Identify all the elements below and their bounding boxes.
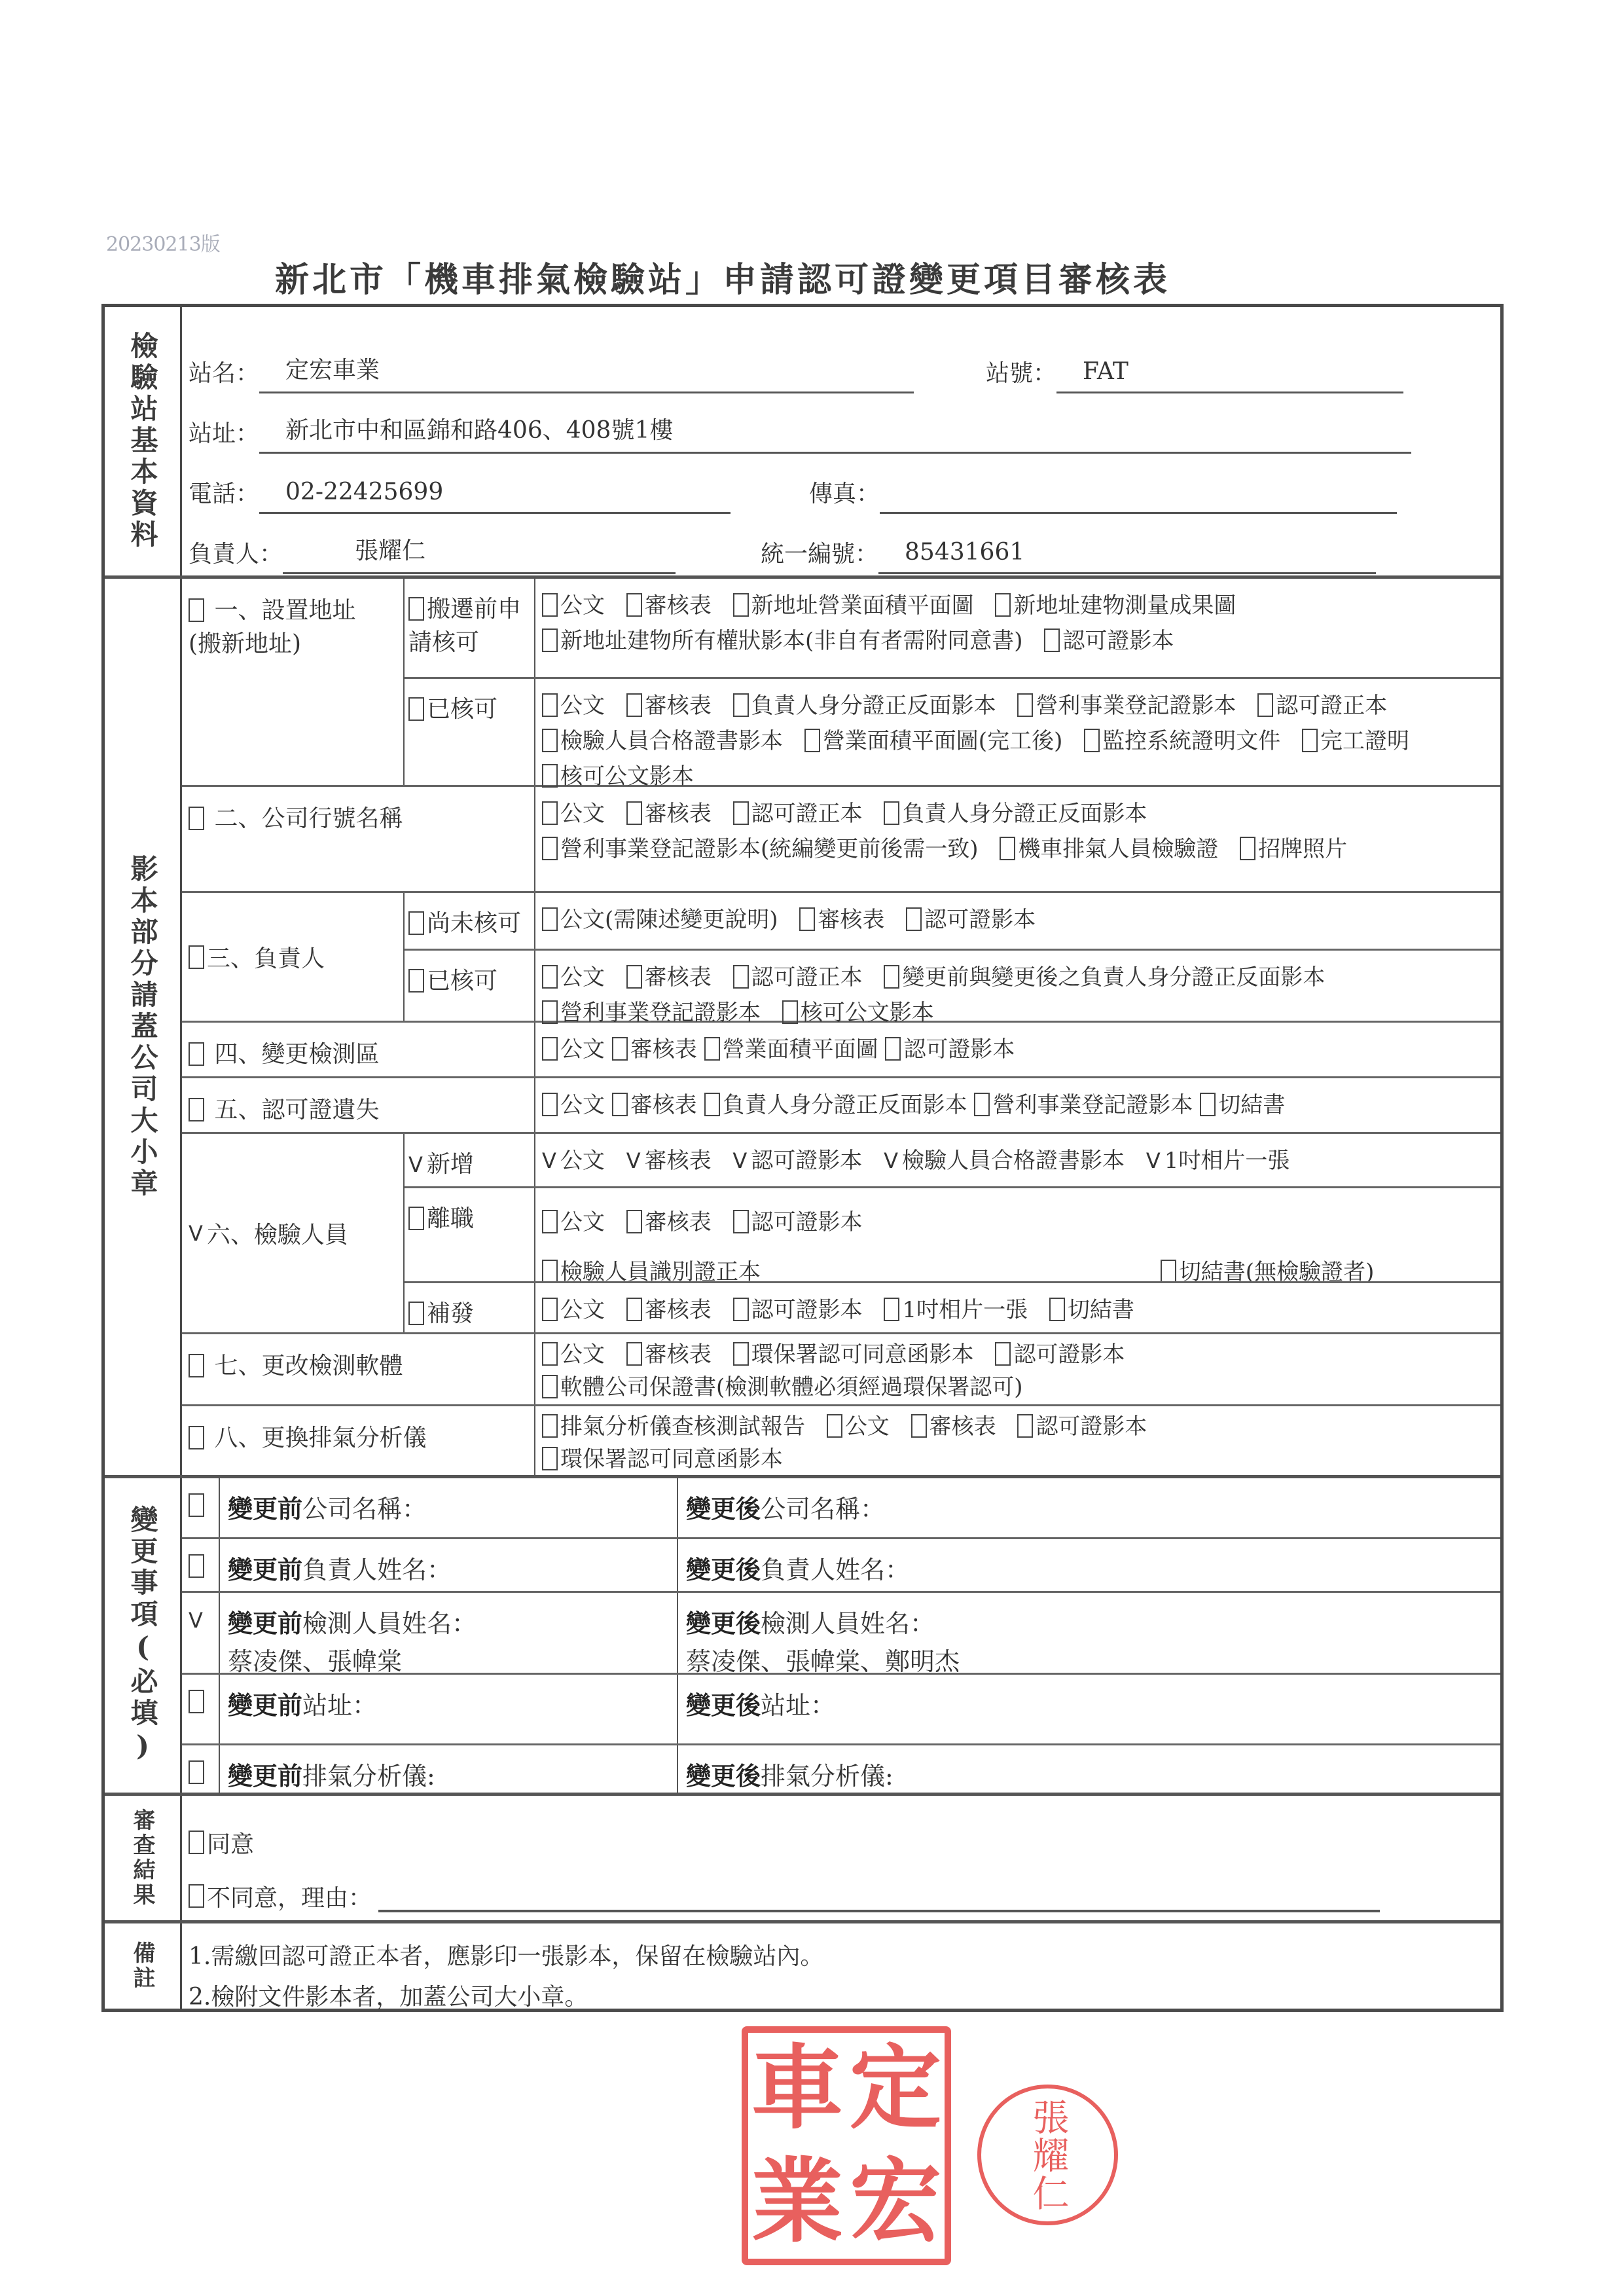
item-label: 七、更改檢測軟體 <box>214 1353 403 1379</box>
item-address-checkbox[interactable] <box>189 598 204 622</box>
doc-label: 認可證影本 <box>751 1148 862 1174</box>
doc-checkbox[interactable] <box>542 693 558 717</box>
doc-label: 環保署認可同意函影本 <box>560 1446 783 1472</box>
after-label: 公司名稱： <box>761 1495 885 1523</box>
doc-checkbox[interactable] <box>1257 693 1273 717</box>
doc-label: 營利事業登記證影本 <box>992 1092 1193 1118</box>
doc-label: 切結書 <box>1068 1297 1134 1323</box>
doc-label: 審核表 <box>645 964 712 991</box>
doc-list: 公文 審核表 營業面積平面圖 認可證影本 <box>535 1023 1500 1076</box>
seal-char: 定 <box>846 2033 945 2146</box>
doc-label: 公文 <box>560 964 605 991</box>
item-analyzer: 八、更換排氣分析儀 排氣分析儀查核測試報告 公文 審核表 認可證影本 環保署認可… <box>182 1404 1500 1475</box>
station-no-field[interactable]: FAT <box>1056 354 1403 393</box>
row-phone: 電話： 02-22425699 傳真： <box>189 454 1487 514</box>
owner-field[interactable]: 張耀仁 <box>283 535 676 574</box>
doc-label: 招牌照片 <box>1258 836 1347 862</box>
doc-label: 營利事業登記證影本(統編變更前後需一致) <box>560 836 979 862</box>
sub-checkbox[interactable] <box>408 911 424 935</box>
doc-label: 審核表 <box>645 1209 712 1235</box>
doc-label: 變更前與變更後之負責人身分證正反面影本 <box>902 964 1325 991</box>
doc-checkbox[interactable] <box>1200 1093 1216 1116</box>
review-section: 審查結果 同意 不同意，理由： <box>105 1793 1500 1920</box>
doc-label: 公文 <box>845 1413 890 1440</box>
doc-label: 排氣分析儀查核測試報告 <box>560 1413 805 1440</box>
doc-checkbox[interactable] <box>782 1000 798 1024</box>
personal-seal-stamp: 張耀仁 <box>977 2085 1118 2225</box>
doc-checkbox[interactable] <box>733 1210 749 1233</box>
change-row-analyzer: 變更前排氣分析儀: 變更後排氣分析儀: <box>182 1743 1500 1793</box>
doc-checkbox[interactable] <box>626 1298 642 1321</box>
seal-char: 宏 <box>846 2146 945 2259</box>
agree-label: 同意 <box>207 1826 254 1859</box>
disagree-label: 不同意，理由： <box>207 1880 372 1913</box>
change-checkbox[interactable] <box>189 1493 204 1517</box>
doc-checkbox[interactable] <box>626 965 642 989</box>
sub-checkbox[interactable] <box>408 697 424 721</box>
item-address: 一、設置地址 (搬新地址) 搬遷前申請核可 公文 審核表 新地址營業面積平面圖 … <box>182 579 1500 785</box>
doc-label: 認可證影本 <box>924 907 1036 933</box>
doc-checkbox[interactable] <box>542 1414 558 1438</box>
doc-label: 審核表 <box>645 801 712 827</box>
doc-label: 認可證影本 <box>1062 628 1174 654</box>
sub-label: 搬遷前申請核可 <box>408 596 521 656</box>
doc-checkbox[interactable] <box>542 801 558 825</box>
version-label: 20230213版 <box>106 228 220 257</box>
changes-side-label: 變更事項(必填) <box>105 1478 182 1793</box>
doc-label: 審核表 <box>645 1148 712 1174</box>
change-row-company: 變更前公司名稱： 變更後公司名稱： <box>182 1478 1500 1537</box>
address-field[interactable]: 新北市中和區錦和路406、408號1樓 <box>259 414 1411 454</box>
after-label: 負責人姓名： <box>761 1556 910 1584</box>
after-label: 站址： <box>761 1691 835 1720</box>
doc-label: 公文 <box>560 1209 605 1235</box>
item-checkbox[interactable] <box>189 807 204 830</box>
station-no-label: 站號： <box>986 355 1056 393</box>
item-sub-label: (搬新地址) <box>189 630 301 657</box>
before-label: 檢測人員姓名： <box>302 1609 477 1638</box>
row-owner: 負責人： 張耀仁 統一編號： 85431661 <box>189 514 1487 574</box>
review-side-label: 審查結果 <box>105 1796 182 1920</box>
doc-checkbox[interactable] <box>1044 629 1060 652</box>
after-prefix: 變更後 <box>686 1609 761 1638</box>
seal-char: 業 <box>748 2146 846 2259</box>
doc-label: 認可證影本 <box>751 1297 863 1323</box>
notes-side-label: 備註 <box>105 1923 182 2009</box>
basic-info-side-label: 檢驗站基本資料 <box>105 307 182 575</box>
item-label: 六、檢驗人員 <box>207 1216 348 1250</box>
doc-checkbox[interactable] <box>1017 693 1033 717</box>
doc-checkbox[interactable] <box>799 907 815 931</box>
doc-label: 公文 <box>560 592 605 619</box>
before-label: 排氣分析儀: <box>302 1762 435 1791</box>
item-cert-lost: 五、認可證遺失 公文 審核表 負責人身分證正反面影本 營利事業登記證影本 切結書 <box>182 1076 1500 1132</box>
doc-label: 新地址營業面積平面圖 <box>751 592 974 619</box>
station-name-label: 站名： <box>189 355 259 393</box>
doc-label: 負責人身分證正反面影本 <box>723 1092 967 1118</box>
after-prefix: 變更後 <box>686 1555 761 1584</box>
doc-checkbox[interactable] <box>995 593 1011 617</box>
doc-checkbox[interactable] <box>995 1342 1011 1366</box>
after-prefix: 變更後 <box>686 1761 761 1791</box>
item-checkbox[interactable] <box>189 945 204 969</box>
doc-checkbox[interactable] <box>542 1093 558 1116</box>
note-item: 1.需繳回認可證正本者，應影印一張影本，保留在檢驗站內。 <box>189 1937 1494 1977</box>
disagree-option[interactable]: 不同意，理由： <box>189 1869 1494 1923</box>
doc-label: 公文 <box>560 1036 605 1063</box>
before-label: 站址： <box>302 1691 377 1720</box>
agree-option[interactable]: 同意 <box>189 1815 1494 1869</box>
doc-label: 1吋相片一張 <box>1164 1148 1290 1174</box>
doc-label: 認可證影本 <box>1036 1413 1147 1440</box>
doc-checkbox[interactable] <box>542 1037 558 1061</box>
doc-checkbox[interactable] <box>626 693 642 717</box>
doc-checkbox[interactable] <box>1049 1298 1065 1321</box>
doc-label: 公文 <box>560 1092 605 1118</box>
doc-label: 新地址建物測量成果圖 <box>1013 592 1236 619</box>
item-label: 八、更換排氣分析儀 <box>214 1425 426 1451</box>
phone-field[interactable]: 02-22425699 <box>259 475 731 514</box>
doc-checkbox[interactable] <box>1302 729 1318 752</box>
doc-label: 營利事業登記證影本 <box>560 1000 761 1026</box>
changes-section: 變更事項(必填) 變更前公司名稱： 變更後公司名稱： 變更前負責人姓名： 變更後… <box>105 1475 1500 1793</box>
doc-label: 營業面積平面圖 <box>723 1036 878 1063</box>
tax-id-label: 統一編號： <box>761 536 878 574</box>
doc-checkbox[interactable] <box>704 1037 720 1061</box>
doc-checkbox[interactable] <box>884 965 899 989</box>
before-prefix: 變更前 <box>228 1609 302 1638</box>
owner-label: 負責人： <box>189 536 283 574</box>
doc-checkbox[interactable] <box>542 764 558 788</box>
notes-section: 備註 1.需繳回認可證正本者，應影印一張影本，保留在檢驗站內。 2.檢附文件影本… <box>105 1920 1500 2009</box>
doc-checkbox[interactable] <box>542 1210 558 1233</box>
doc-label: 審核表 <box>929 1413 996 1440</box>
doc-checkbox[interactable] <box>704 1093 720 1116</box>
doc-checkbox[interactable] <box>974 1093 990 1116</box>
doc-label: 審核表 <box>630 1036 697 1063</box>
doc-checkbox[interactable] <box>884 1298 899 1321</box>
doc-checkbox[interactable] <box>1017 1414 1033 1438</box>
doc-checkbox[interactable] <box>542 1000 558 1024</box>
doc-check-mark[interactable]: V <box>542 1143 556 1178</box>
before-prefix: 變更前 <box>228 1494 302 1523</box>
sub-label: 已核可 <box>427 696 497 723</box>
fax-label: 傳真： <box>809 475 880 514</box>
doc-checkbox[interactable] <box>733 693 749 717</box>
doc-checkbox[interactable] <box>542 1298 558 1321</box>
item-checkbox[interactable] <box>189 1426 204 1449</box>
doc-label: 認可證影本 <box>751 1209 863 1235</box>
doc-checkbox[interactable] <box>733 593 749 617</box>
doc-label: 公文 <box>560 1341 605 1368</box>
doc-label: 1吋相片一張 <box>902 1297 1028 1323</box>
sub-label: 新增 <box>427 1151 474 1178</box>
doc-label: 公文 <box>560 1297 605 1323</box>
doc-checkbox[interactable] <box>911 1414 927 1438</box>
doc-label: 審核表 <box>818 907 884 933</box>
doc-checkbox[interactable] <box>885 1037 901 1061</box>
sub-checkbox[interactable] <box>408 969 424 993</box>
doc-label: 審核表 <box>645 693 712 719</box>
doc-check-mark[interactable]: V <box>626 1143 641 1178</box>
doc-checkbox[interactable] <box>542 837 558 860</box>
doc-checkbox[interactable] <box>542 965 558 989</box>
item-test-area: 四、變更檢測區 公文 審核表 營業面積平面圖 認可證影本 <box>182 1021 1500 1076</box>
row-address: 站址： 新北市中和區錦和路406、408號1樓 <box>189 393 1487 454</box>
sub-label: 尚未核可 <box>427 910 521 937</box>
sub-label: 離職 <box>427 1205 474 1232</box>
doc-checkbox[interactable] <box>542 729 558 752</box>
doc-label: 核可公文影本 <box>801 1000 934 1026</box>
change-checkbox[interactable] <box>189 1554 204 1578</box>
address-label: 站址： <box>189 415 259 454</box>
sub-check-mark[interactable]: V <box>408 1152 423 1177</box>
item-label: 三、負責人 <box>207 940 325 974</box>
basic-info-section: 檢驗站基本資料 站名： 定宏車業 站號： FAT 站址： 新北市中和區錦和路40… <box>105 307 1500 575</box>
item-checkbox[interactable] <box>189 1098 204 1121</box>
seal-char: 車 <box>748 2033 846 2146</box>
doc-label: 營利事業登記證影本 <box>1036 693 1236 719</box>
sub-checkbox[interactable] <box>408 597 424 621</box>
copies-side-label: 影本部分請蓋公司大小章 <box>105 579 182 1475</box>
doc-list: 公文 審核表 負責人身分證正反面影本 營利事業登記證影本 認可證正本 檢驗人員合… <box>535 679 1500 785</box>
doc-checkbox[interactable] <box>626 801 642 825</box>
doc-label: 認可證正本 <box>1276 693 1387 719</box>
doc-checkbox[interactable] <box>612 1093 628 1116</box>
item-checkbox[interactable] <box>189 1042 204 1066</box>
after-prefix: 變更後 <box>686 1690 761 1720</box>
doc-checkbox[interactable] <box>542 1447 558 1470</box>
doc-list: 公文(需陳述變更說明) 審核表 認可證影本 <box>535 893 1500 949</box>
doc-checkbox[interactable] <box>733 1298 749 1321</box>
doc-list: 公文 審核表 環保署認可同意函影本 認可證影本 軟體公司保證書(檢測軟體必須經過… <box>535 1334 1500 1404</box>
after-value[interactable]: 蔡凌傑、張幃棠、鄭明杰 <box>686 1647 960 1676</box>
doc-label: 新地址建物所有權狀影本(非自有者需附同意書) <box>560 628 1023 654</box>
after-label: 檢測人員姓名： <box>761 1609 935 1638</box>
doc-check-mark[interactable]: V <box>732 1143 747 1178</box>
doc-label: 核可公文影本 <box>560 763 694 790</box>
item-owner: 三、負責人 尚未核可 公文(需陳述變更說明) 審核表 認可證影本 已核可 公文 <box>182 891 1500 1021</box>
change-row-owner: 變更前負責人姓名： 變更後負責人姓名： <box>182 1537 1500 1591</box>
doc-checkbox[interactable] <box>542 1260 558 1283</box>
doc-label: 監控系統證明文件 <box>1102 728 1280 754</box>
reason-field[interactable] <box>378 1880 1380 1912</box>
item-label: 五、認可證遺失 <box>214 1097 379 1123</box>
doc-checkbox[interactable] <box>542 907 558 931</box>
sub-checkbox[interactable] <box>408 1207 424 1230</box>
item-inspectors: V 六、檢驗人員 V新增 V公文 V審核表 V認可證影本 V檢驗人員合格證書影本… <box>182 1132 1500 1332</box>
doc-label: 負責人身分證正反面影本 <box>751 693 996 719</box>
page-title: 新北市「機車排氣檢驗站」申請認可證變更項目審核表 <box>275 252 1170 301</box>
sub-checkbox[interactable] <box>408 1302 424 1325</box>
doc-checkbox[interactable] <box>733 965 749 989</box>
note-item: 2.檢附文件影本者，加蓋公司大小章。 <box>189 1977 1494 2018</box>
item-label: 一、設置地址 <box>214 597 355 624</box>
doc-checkbox[interactable] <box>1161 1260 1176 1283</box>
doc-list: 公文 審核表 認可證影本 檢驗人員識別證正本 切結書(無檢驗證者) <box>535 1188 1500 1281</box>
doc-label: 認可證正本 <box>751 964 863 991</box>
change-row-address: 變更前站址： 變更後站址： <box>182 1673 1500 1743</box>
doc-checkbox[interactable] <box>542 593 558 617</box>
doc-label: 審核表 <box>645 1341 712 1368</box>
doc-label: 檢驗人員合格證書影本 <box>560 728 783 754</box>
doc-label: 營業面積平面圖(完工後) <box>823 728 1063 754</box>
doc-list: 公文 審核表 認可證正本 變更前與變更後之負責人身分證正反面影本 營利事業登記證… <box>535 951 1500 1021</box>
item-check-mark[interactable]: V <box>189 1221 203 1246</box>
doc-checkbox[interactable] <box>906 907 922 931</box>
doc-label: 機車排氣人員檢驗證 <box>1018 836 1218 862</box>
doc-checkbox[interactable] <box>827 1414 842 1438</box>
change-row-inspectors: V 變更前檢測人員姓名：蔡凌傑、張幃棠 變更後檢測人員姓名：蔡凌傑、張幃棠、鄭明… <box>182 1591 1500 1673</box>
item-company-name: 二、公司行號名稱 公文 審核表 認可證正本 負責人身分證正反面影本 營利事業登記… <box>182 785 1500 891</box>
doc-checkbox[interactable] <box>884 801 899 825</box>
before-prefix: 變更前 <box>228 1761 302 1791</box>
doc-label: 公文 <box>560 693 605 719</box>
doc-list: 公文 審核表 新地址營業面積平面圖 新地址建物測量成果圖 新地址建物所有權狀影本… <box>535 579 1500 677</box>
before-label: 負責人姓名： <box>302 1556 452 1584</box>
sub-label: 補發 <box>427 1300 474 1327</box>
doc-checkbox[interactable] <box>1000 837 1015 860</box>
doc-list: V公文 V審核表 V認可證影本 V檢驗人員合格證書影本 V1吋相片一張 <box>535 1134 1500 1186</box>
row-station: 站名： 定宏車業 站號： FAT <box>189 333 1487 393</box>
tax-id-field[interactable]: 85431661 <box>878 535 1376 574</box>
doc-list: 公文 審核表 負責人身分證正反面影本 營利事業登記證影本 切結書 <box>535 1078 1500 1132</box>
before-label: 公司名稱： <box>302 1495 427 1523</box>
after-label: 排氣分析儀: <box>761 1762 893 1791</box>
company-seal-stamp: 車 定 業 宏 <box>742 2026 951 2265</box>
doc-list: 公文 審核表 認可證正本 負責人身分證正反面影本 營利事業登記證影本(統編變更前… <box>535 787 1500 891</box>
doc-label: 認可證影本 <box>1013 1341 1125 1368</box>
fax-field[interactable] <box>880 475 1397 514</box>
after-prefix: 變更後 <box>686 1494 761 1523</box>
doc-label: 切結書 <box>1218 1092 1285 1118</box>
doc-list: 排氣分析儀查核測試報告 公文 審核表 認可證影本 環保署認可同意函影本 <box>535 1406 1500 1475</box>
doc-label: 軟體公司保證書(檢測軟體必須經過環保署認可) <box>560 1374 1023 1400</box>
before-prefix: 變更前 <box>228 1690 302 1720</box>
phone-label: 電話： <box>189 475 259 514</box>
doc-checkbox[interactable] <box>626 1342 642 1366</box>
doc-checkbox[interactable] <box>804 729 820 752</box>
item-software: 七、更改檢測軟體 公文 審核表 環保署認可同意函影本 認可證影本 軟體公司保證書… <box>182 1332 1500 1404</box>
doc-check-mark[interactable]: V <box>884 1143 898 1178</box>
sub-label: 已核可 <box>427 968 497 994</box>
doc-label: 完工證明 <box>1320 728 1409 754</box>
doc-checkbox[interactable] <box>733 1342 749 1366</box>
doc-checkbox[interactable] <box>542 1342 558 1366</box>
doc-check-mark[interactable]: V <box>1146 1143 1161 1178</box>
review-form: 檢驗站基本資料 站名： 定宏車業 站號： FAT 站址： 新北市中和區錦和路40… <box>101 304 1504 2012</box>
doc-label: 檢驗人員合格證書影本 <box>902 1148 1125 1174</box>
doc-label: 公文 <box>560 1148 605 1174</box>
doc-label: 審核表 <box>645 592 712 619</box>
doc-checkbox[interactable] <box>542 629 558 652</box>
doc-checkbox[interactable] <box>542 1375 558 1398</box>
doc-checkbox[interactable] <box>1240 837 1255 860</box>
station-name-field[interactable]: 定宏車業 <box>259 354 914 393</box>
doc-label: 審核表 <box>645 1297 712 1323</box>
item-label: 二、公司行號名稱 <box>214 805 403 832</box>
copies-section: 影本部分請蓋公司大小章 一、設置地址 (搬新地址) 搬遷前申請核可 公文 審核表… <box>105 575 1500 1475</box>
doc-label: 環保署認可同意函影本 <box>751 1341 974 1368</box>
change-check-mark[interactable]: V <box>189 1608 203 1633</box>
doc-checkbox[interactable] <box>612 1037 628 1061</box>
doc-label: 公文(需陳述變更說明) <box>560 907 778 933</box>
doc-label: 審核表 <box>630 1092 697 1118</box>
doc-label: 認可證正本 <box>751 801 863 827</box>
item-checkbox[interactable] <box>189 1354 204 1377</box>
doc-label: 負責人身分證正反面影本 <box>902 801 1147 827</box>
change-checkbox[interactable] <box>189 1760 204 1784</box>
before-value[interactable]: 蔡凌傑、張幃棠 <box>228 1647 402 1676</box>
disagree-checkbox[interactable] <box>189 1884 204 1908</box>
doc-checkbox[interactable] <box>626 1210 642 1233</box>
doc-label: 公文 <box>560 801 605 827</box>
item-label: 四、變更檢測區 <box>214 1041 379 1068</box>
doc-checkbox[interactable] <box>733 801 749 825</box>
doc-list: 公文 審核表 認可證影本 1吋相片一張 切結書 <box>535 1283 1500 1332</box>
change-checkbox[interactable] <box>189 1690 204 1713</box>
agree-checkbox[interactable] <box>189 1831 204 1854</box>
before-prefix: 變更前 <box>228 1555 302 1584</box>
doc-checkbox[interactable] <box>1084 729 1100 752</box>
doc-checkbox[interactable] <box>626 593 642 617</box>
doc-label: 認可證影本 <box>903 1036 1015 1063</box>
